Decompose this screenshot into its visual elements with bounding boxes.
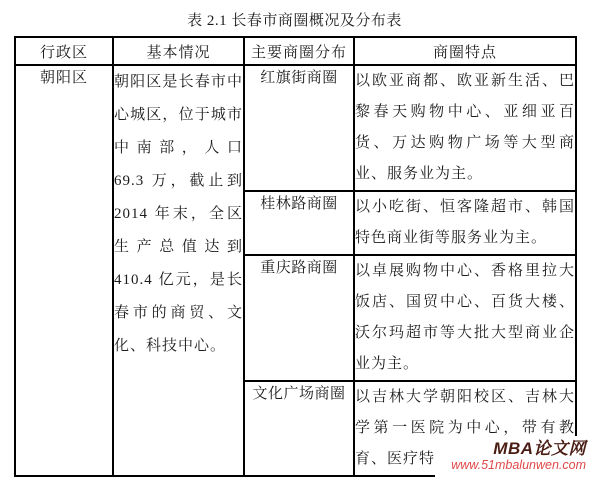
col-header-circle-distribution: 主要商圈分布 bbox=[244, 37, 354, 65]
col-header-basic-info: 基本情况 bbox=[113, 37, 244, 65]
cell-circle-features: 以小吃街、恒客隆超市、韩国特色商业街等服务业为主。 bbox=[354, 191, 576, 255]
document-page: 表 2.1 长春市商圈概况及分布表 行政区 基本情况 主要商圈分布 商圈特点 朝… bbox=[0, 0, 589, 477]
watermark: MBA论文网 www.51mbalunwen.com bbox=[435, 436, 589, 477]
watermark-site-name: MBA论文网 bbox=[451, 440, 586, 459]
cell-circle-name: 桂林路商圈 bbox=[244, 191, 354, 255]
table-caption: 表 2.1 长春市商圈概况及分布表 bbox=[14, 9, 575, 30]
cell-circle-name: 重庆路商圈 bbox=[244, 255, 354, 381]
table-row: 朝阳区 朝阳区是长春市中心城区，位于城市中南部，人口 69.3 万，截止到 20… bbox=[15, 65, 576, 191]
cell-circle-features: 以欧亚商都、欧亚新生活、巴黎春天购物中心、亚细亚百货、万达购物广场等大型商业、服… bbox=[354, 65, 576, 191]
watermark-site-url: www.51mbalunwen.com bbox=[451, 459, 586, 473]
col-header-district: 行政区 bbox=[15, 37, 113, 65]
cell-district-name: 朝阳区 bbox=[15, 65, 113, 476]
table-header-row: 行政区 基本情况 主要商圈分布 商圈特点 bbox=[15, 37, 576, 65]
business-circle-table: 行政区 基本情况 主要商圈分布 商圈特点 朝阳区 朝阳区是长春市中心城区，位于城… bbox=[14, 36, 577, 477]
cell-district-basic-info: 朝阳区是长春市中心城区，位于城市中南部，人口 69.3 万，截止到 2014 年… bbox=[113, 65, 244, 476]
cell-circle-features: 以卓展购物中心、香格里拉大饭店、国贸中心、百货大楼、沃尔玛超市等大批大型商业企业… bbox=[354, 255, 576, 381]
cell-circle-name: 红旗街商圈 bbox=[244, 65, 354, 191]
cell-circle-name: 文化广场商圈 bbox=[244, 381, 354, 476]
col-header-circle-features: 商圈特点 bbox=[354, 37, 576, 65]
